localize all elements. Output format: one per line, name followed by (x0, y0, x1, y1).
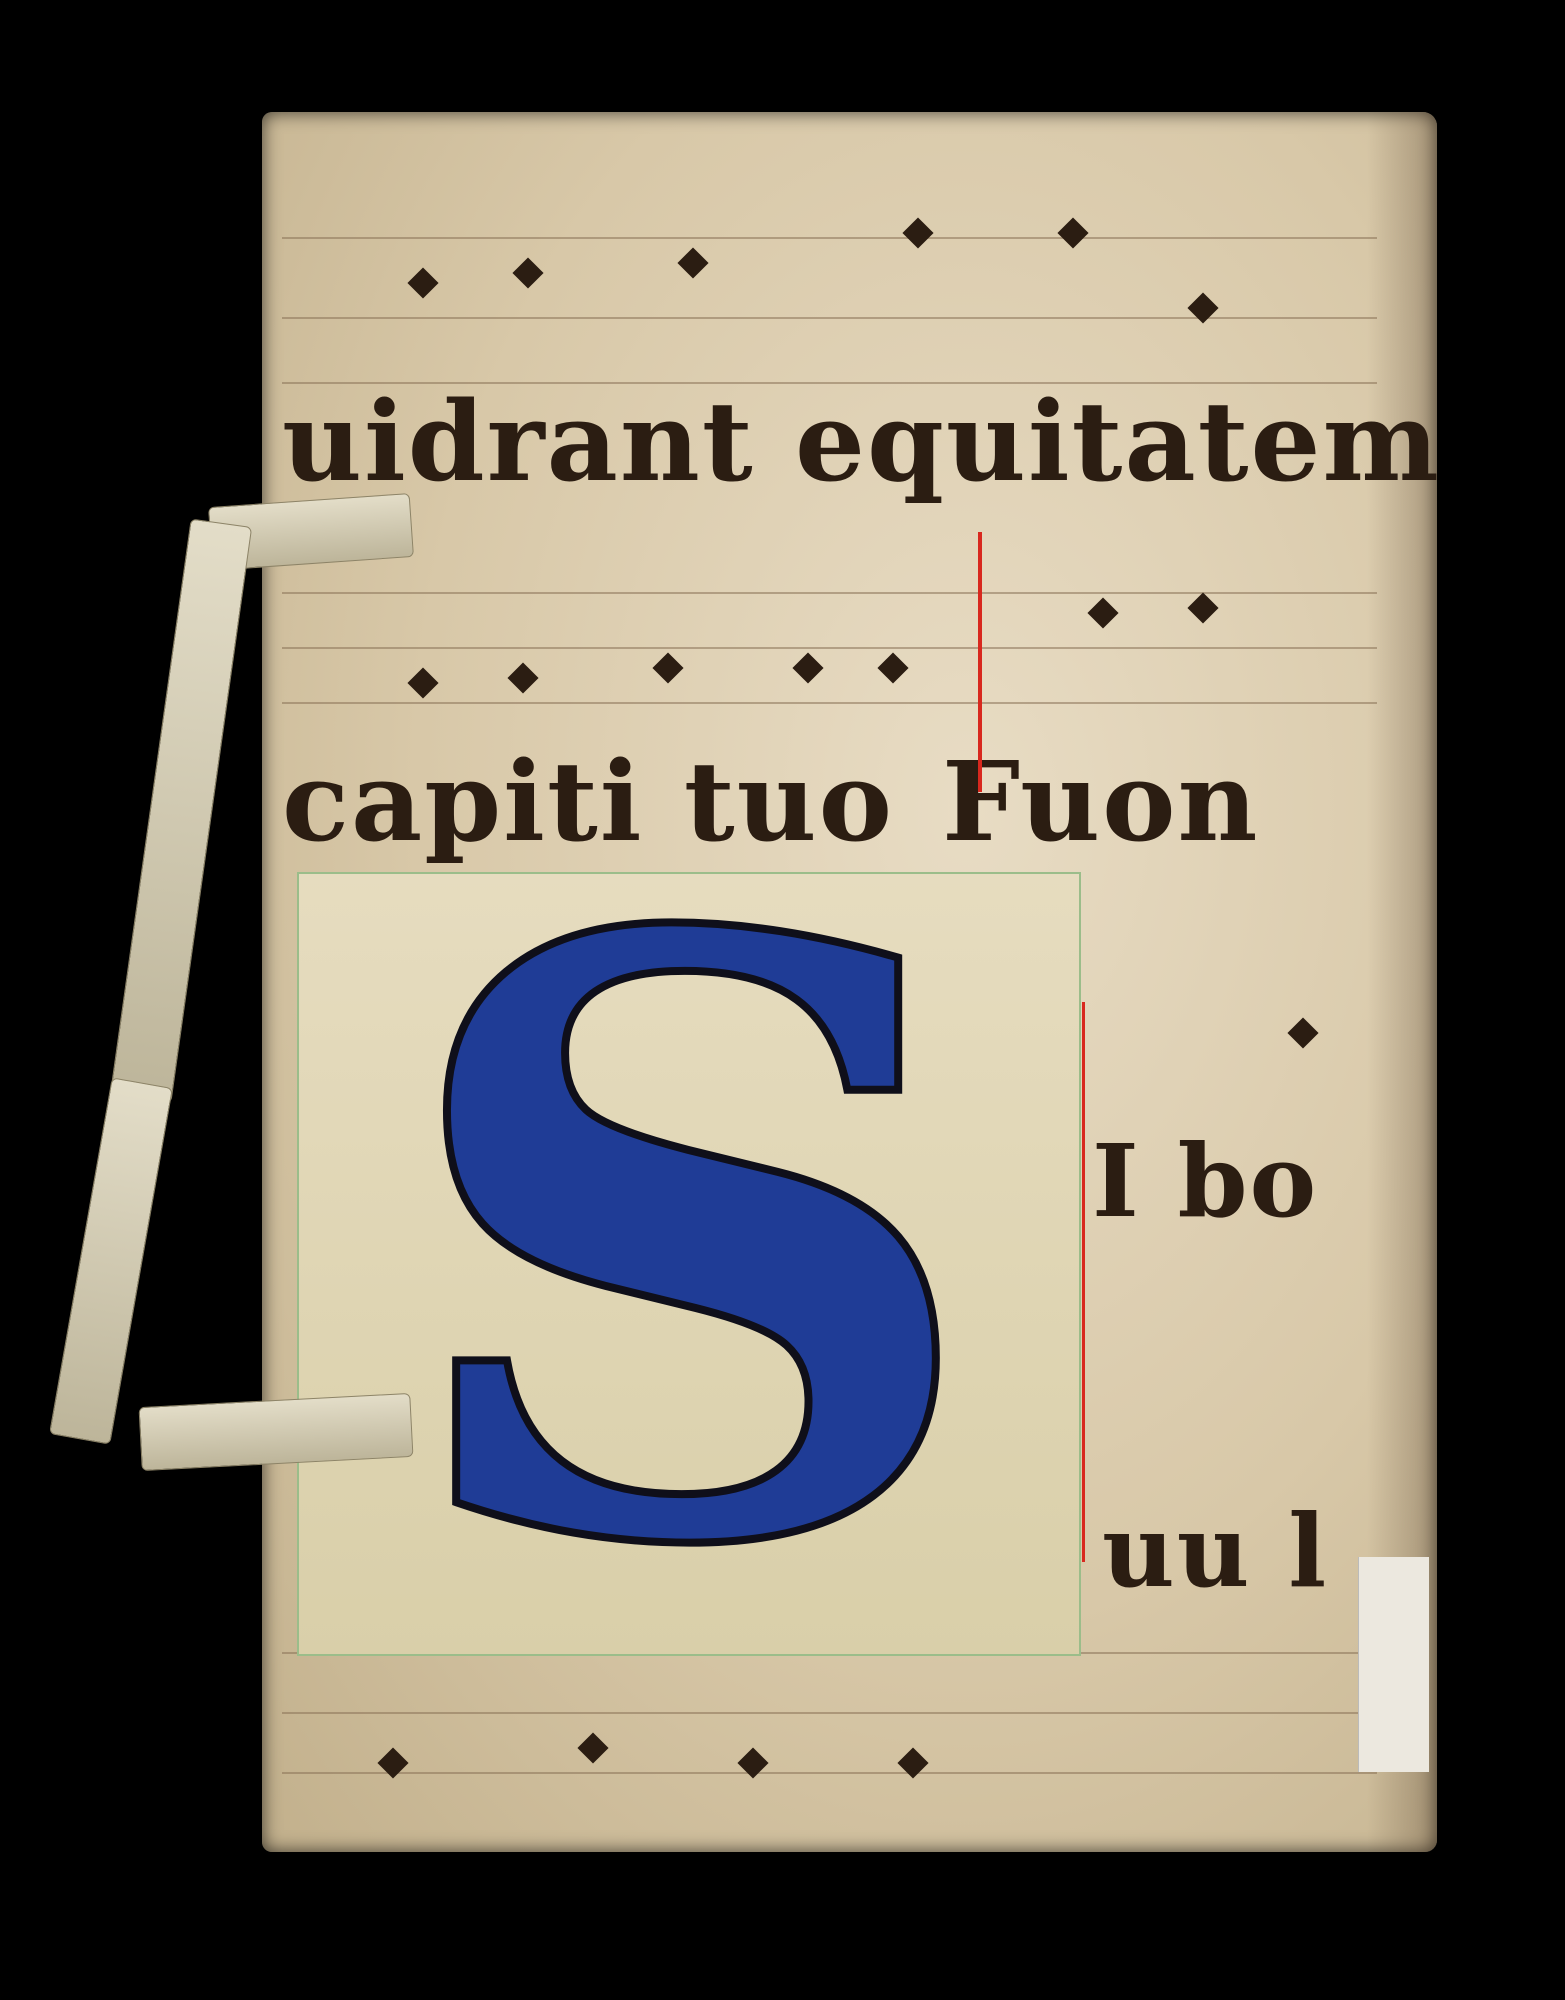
illuminated-initial: S (297, 872, 1081, 1656)
staff-line (282, 1772, 1377, 1774)
neume-note (407, 667, 438, 698)
initial-letter: S (299, 834, 1079, 1654)
neume-note (507, 662, 538, 693)
neume-note (512, 257, 543, 288)
text-line-1: uidrant equitatem (282, 377, 1441, 506)
staff-line (282, 702, 1377, 704)
shelf-label (1358, 1557, 1429, 1772)
rubric-line (978, 532, 982, 792)
staff-line (282, 317, 1377, 319)
rubric-line (1082, 1002, 1085, 1562)
text-line-3: I bo (1092, 1122, 1318, 1240)
text-line-4: uu l (1102, 1492, 1328, 1610)
neume-note (1087, 597, 1118, 628)
neume-note (652, 652, 683, 683)
staff-line (282, 237, 1377, 239)
neume-note (877, 652, 908, 683)
book-cover: uidrant equitatem capiti tuo Fuon I bo u… (262, 112, 1437, 1852)
tie-strap-lower-loop (49, 1077, 173, 1444)
neume-note (792, 652, 823, 683)
neume-note (677, 247, 708, 278)
neume-note (902, 217, 933, 248)
neume-note (1287, 1017, 1318, 1048)
neume-note (1057, 217, 1088, 248)
neume-note (577, 1732, 608, 1763)
neume-note (407, 267, 438, 298)
neume-note (1187, 592, 1218, 623)
staff-line (282, 647, 1377, 649)
staff-line (282, 592, 1377, 594)
tie-strap-upper-loop (110, 519, 252, 1104)
